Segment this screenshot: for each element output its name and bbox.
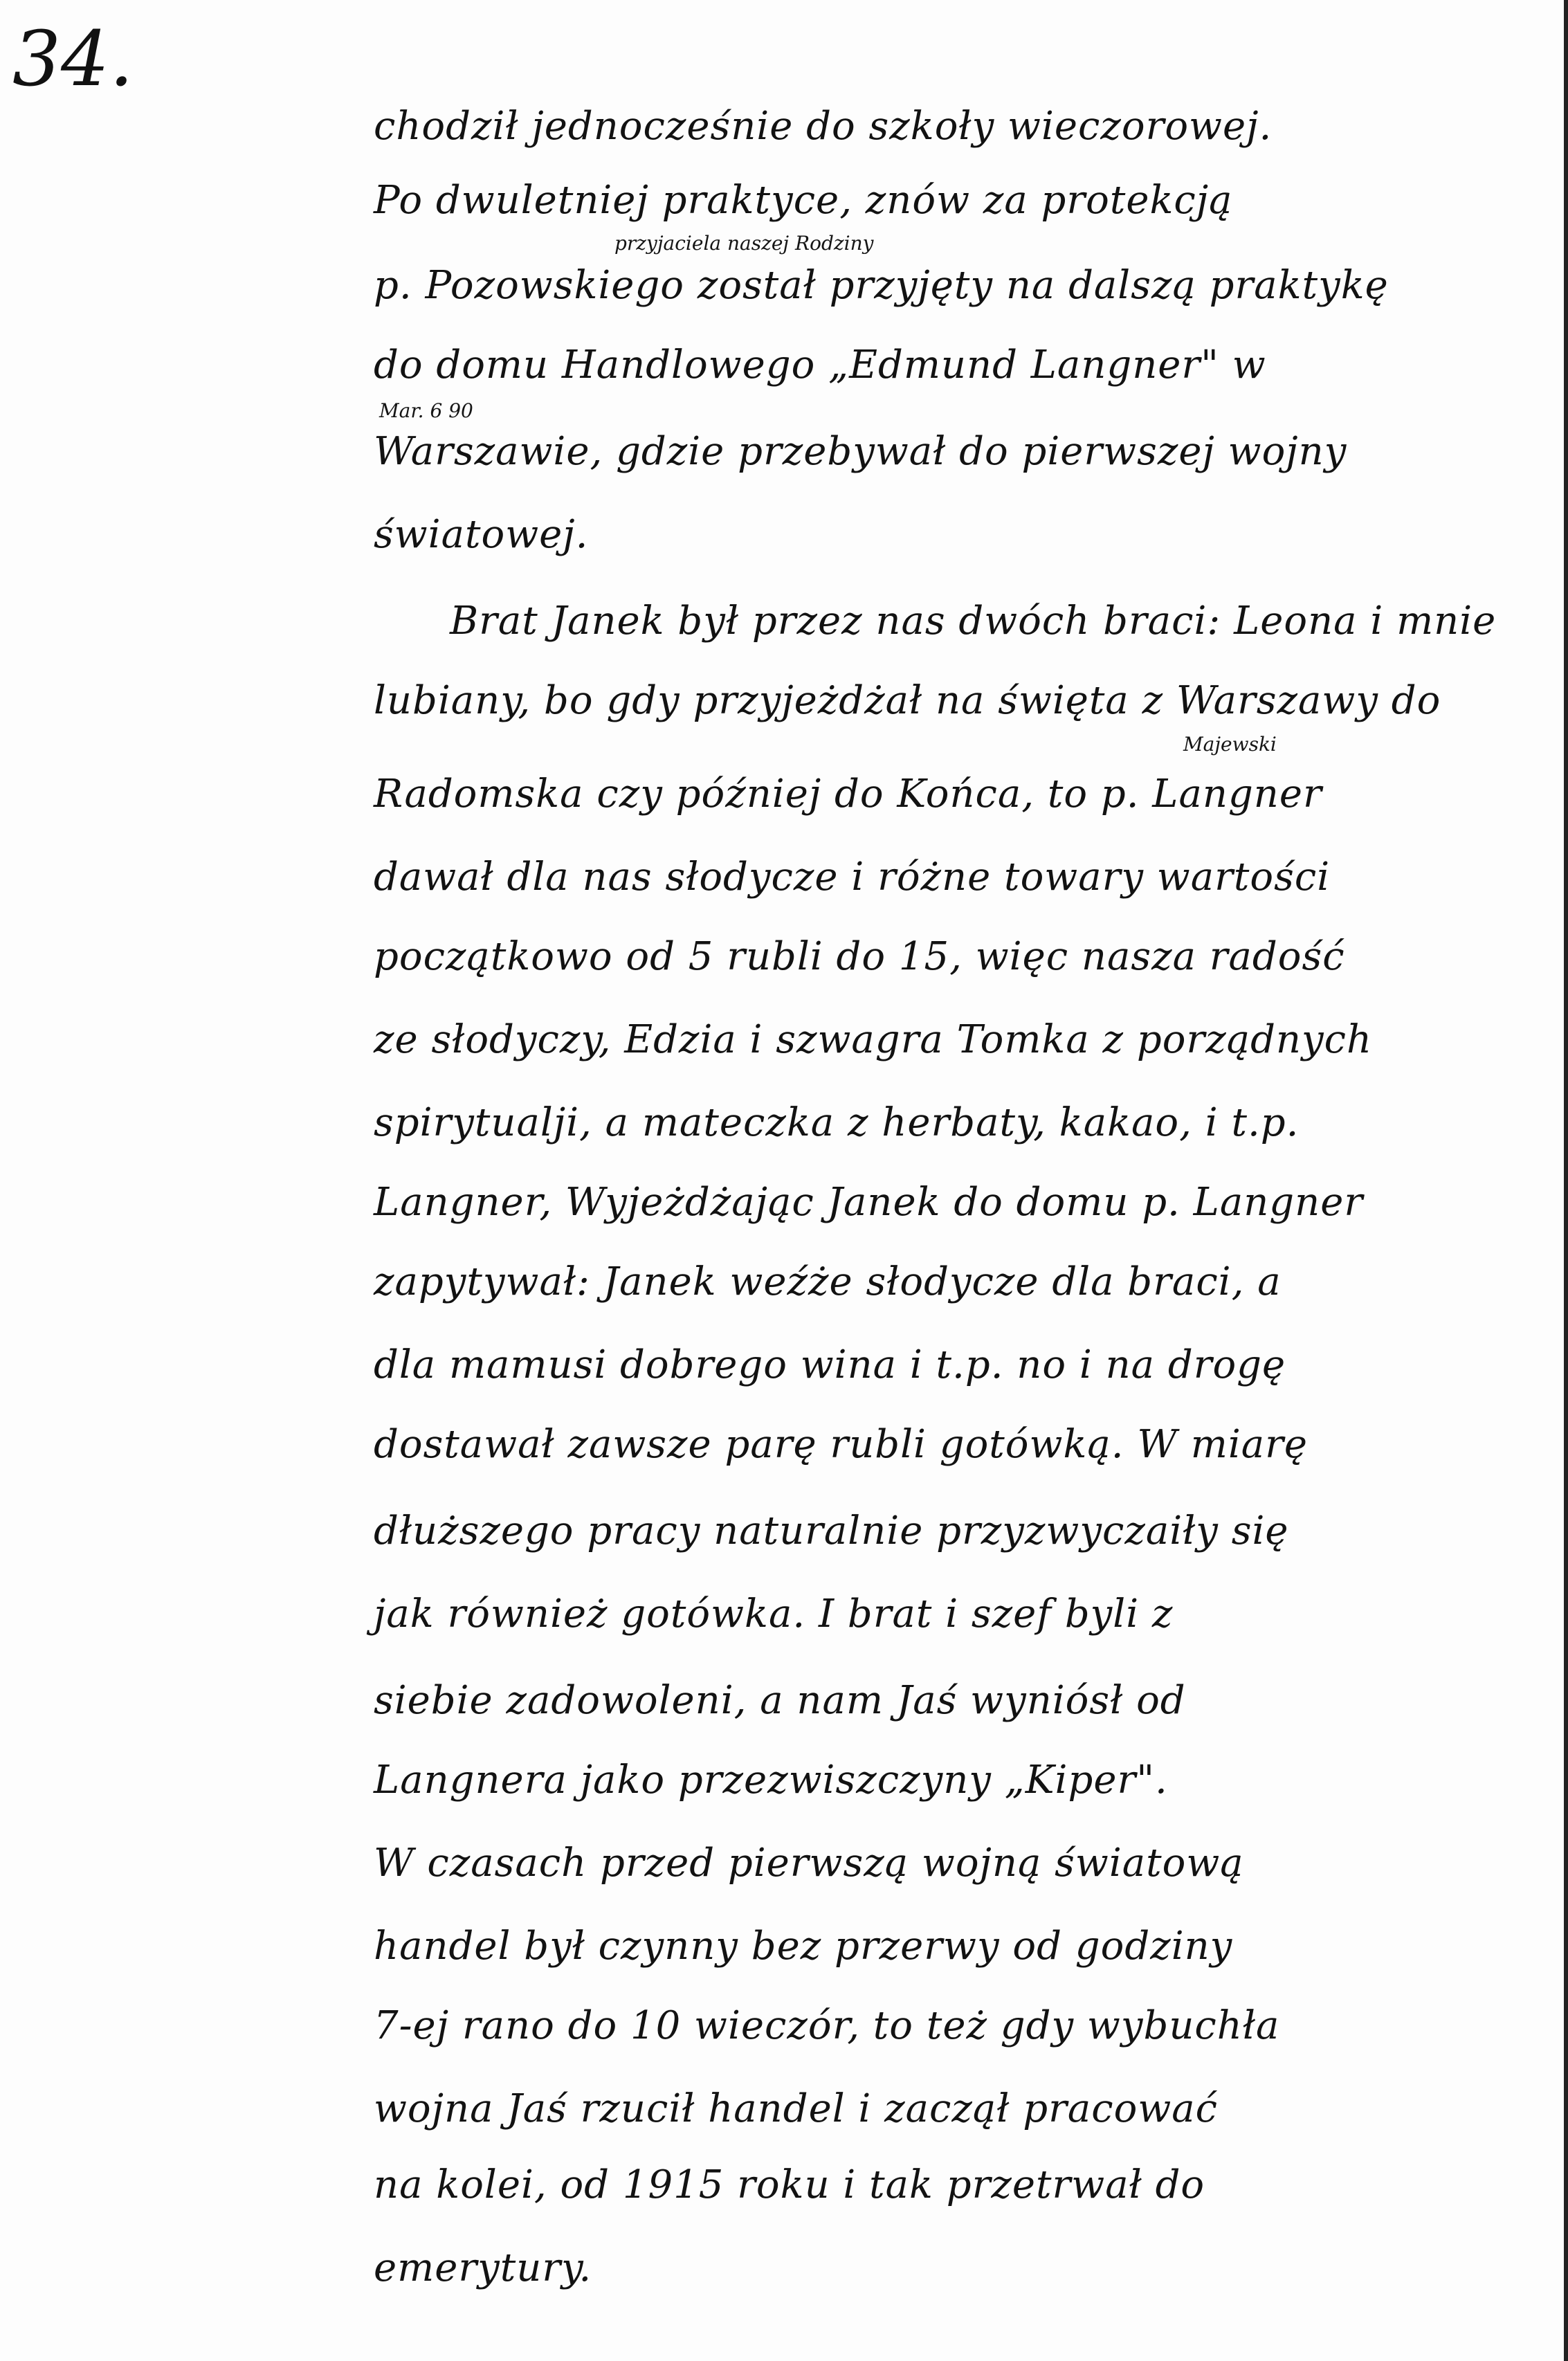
- text-line-11: początkowo od 5 rubli do 15, więc nasza …: [374, 938, 1345, 976]
- text-line-3: p. Pozowskiego został przyjęty na dalszą…: [374, 266, 1389, 305]
- text-line-21: Langnera jako przezwiszczyny „Kiper".: [374, 1761, 1168, 1800]
- handwritten-page: 34. przyjaciela naszej Rodziny Mar. 6 90…: [0, 0, 1568, 2361]
- text-line-13: spirytualji, a mateczka z herbaty, kakao…: [374, 1104, 1299, 1142]
- text-line-14: Langner, Wyjeżdżając Janek do domu p. La…: [374, 1183, 1363, 1222]
- text-line-9: Radomska czy później do Końca, to p. Lan…: [374, 775, 1322, 814]
- text-line-2: Po dwuletniej praktyce, znów za protekcj…: [374, 181, 1233, 220]
- text-line-5: Warszawie, gdzie przebywał do pierwszej …: [374, 432, 1347, 471]
- annotation-above-line-9: Majewski: [1183, 735, 1277, 754]
- handwritten-text-body: przyjaciela naszej Rodziny Mar. 6 90 Maj…: [0, 0, 1568, 2361]
- text-line-8: lubiany, bo gdy przyjeżdżał na święta z …: [374, 682, 1441, 720]
- text-line-19: jak również gotówka. I brat i szef byli …: [374, 1595, 1173, 1634]
- text-line-20: siebie zadowoleni, a nam Jaś wyniósł od: [374, 1681, 1186, 1720]
- text-line-23: handel był czynny bez przerwy od godziny: [374, 1927, 1232, 1966]
- text-line-15: zapytywał: Janek weźże słodycze dla brac…: [374, 1263, 1282, 1302]
- text-line-12: ze słodyczy, Edzia i szwagra Tomka z por…: [374, 1021, 1372, 1059]
- text-line-16: dla mamusi dobrego wina i t.p. no i na d…: [374, 1346, 1286, 1385]
- text-line-17: dostawał zawsze parę rubli gotówką. W mi…: [374, 1425, 1308, 1464]
- text-line-26: na kolei, od 1915 roku i tak przetrwał d…: [374, 2166, 1205, 2205]
- text-line-22: W czasach przed pierwszą wojną światową: [374, 1844, 1244, 1883]
- text-line-6: światowej.: [374, 516, 588, 554]
- text-line-4: do domu Handlowego „Edmund Langner" w: [374, 346, 1266, 385]
- text-line-18: dłuższego pracy naturalnie przyzwyczaiły…: [374, 1512, 1289, 1551]
- text-line-1: chodził jednocześnie do szkoły wieczorow…: [374, 107, 1272, 146]
- text-line-24: 7-ej rano do 10 wieczór, to też gdy wybu…: [374, 2007, 1279, 2045]
- text-line-25: wojna Jaś rzucił handel i zaczął pracowa…: [374, 2090, 1218, 2128]
- annotation-above-line-3: przyjaciela naszej Rodziny: [614, 234, 873, 253]
- text-line-10: dawał dla nas słodycze i różne towary wa…: [374, 858, 1330, 897]
- text-line-7: Brat Janek był przez nas dwóch braci: Le…: [450, 602, 1496, 641]
- text-line-27: emerytury.: [374, 2249, 592, 2288]
- annotation-above-line-5: Mar. 6 90: [379, 401, 473, 421]
